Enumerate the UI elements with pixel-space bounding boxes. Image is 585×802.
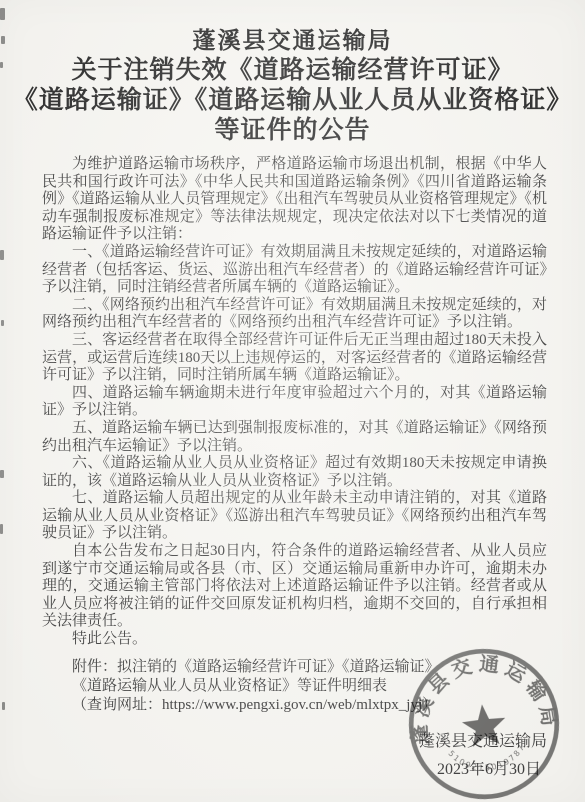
scan-speck: [1, 320, 4, 326]
seal-star-icon: [460, 702, 508, 748]
title-subject-line: 关于注销失效《道路运输经营许可证》: [0, 56, 585, 86]
body-paragraph-intro: 为维护道路运输市场秩序，严格道路运输市场退出机制，根据《中华人民共和国行政许可法…: [42, 156, 547, 244]
seal-code: 5109215019787: [446, 741, 530, 776]
body-paragraph-item-1: 一、《道路运输经营许可证》有效期届满且未按规定延续的，对道路运输经营者（包括客运…: [42, 244, 547, 297]
scan-speck: [1, 36, 5, 44]
scan-speck: [0, 62, 3, 68]
official-seal: 蓬溪县交通运输局 5109215019787: [398, 638, 569, 802]
scan-speck: [0, 250, 4, 260]
body-paragraph-item-3: 三、客运经营者在取得全部经营许可证件后无正当理由超过180天未投入运营，或运营后…: [42, 332, 547, 385]
body-paragraph-item-6: 六、《道路运输从业人员从业资格证》超过有效期180天未按规定申请换证的，该《道路…: [42, 455, 547, 490]
scan-speck: [0, 524, 3, 534]
title-subject-line: 等证件的公告: [0, 116, 585, 146]
scan-speck: [0, 470, 4, 478]
title-subject-line: 《道路运输证》《道路运输从业人员从业资格证》: [0, 86, 585, 116]
body-paragraph-item-2: 二、《网络预约出租汽车经营许可证》有效期届满且未按规定延续的，对网络预约出租汽车…: [42, 297, 547, 332]
title-agency-line: 蓬溪县交通运输局: [0, 26, 585, 56]
scan-speck: [2, 702, 5, 710]
body-paragraph-item-5: 五、道路运输车辆已达到强制报废标准的，对其《道路运输证》《网络预约出租汽车运输证…: [42, 420, 547, 455]
scan-speck: [0, 8, 5, 20]
body-paragraph-item-7: 七、道路运输人员超出规定的从业年龄未主动申请注销的，对其《道路运输从业人员从业资…: [42, 490, 547, 543]
document-body: 为维护道路运输市场秩序，严格道路运输市场退出机制，根据《中华人民共和国行政许可法…: [42, 156, 547, 649]
announcement-document: 蓬溪县交通运输局 关于注销失效《道路运输经营许可证》 《道路运输证》《道路运输从…: [0, 0, 585, 802]
document-title: 蓬溪县交通运输局 关于注销失效《道路运输经营许可证》 《道路运输证》《道路运输从…: [0, 0, 585, 146]
body-paragraph-item-4: 四、道路运输车辆逾期未进行年度审验超过六个月的，对其《道路运输证》予以注销。: [42, 385, 547, 420]
body-paragraph-deadline: 自本公告发布之日起30日内，符合条件的道路运输经营者、从业人员应到遂宁市交通运输…: [42, 543, 547, 631]
